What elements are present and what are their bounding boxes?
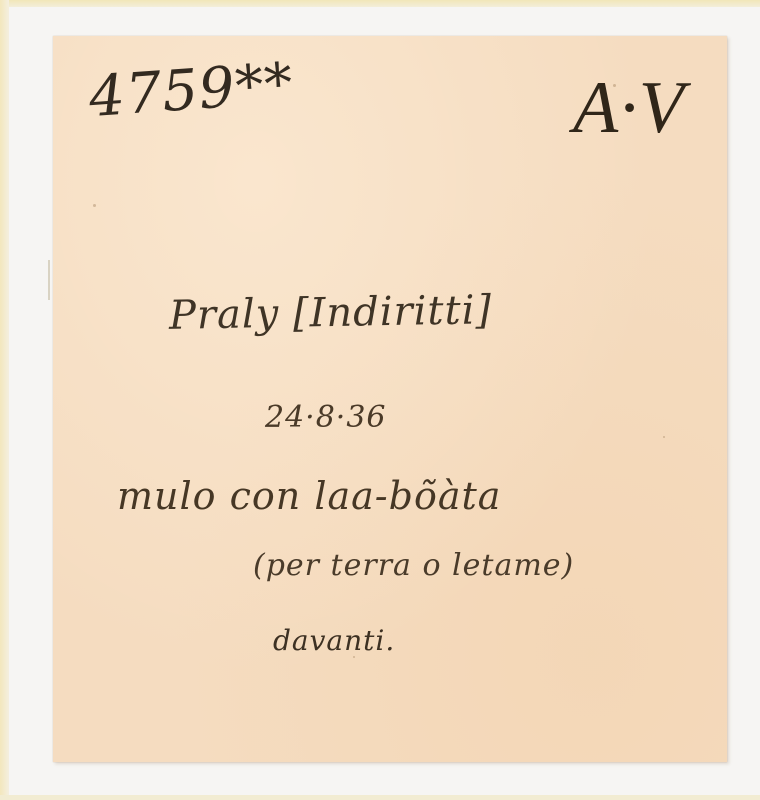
mount-edge-left: [0, 0, 9, 800]
mount-crease: [48, 260, 50, 300]
description-line-1: mulo con laa-bõàta: [117, 474, 501, 518]
description-line-2: (per terra o letame): [253, 548, 574, 583]
specimen-label-card: 4759** A·V Praly [Indiritti] 24·8·36 mul…: [53, 36, 727, 762]
description-line-3: davanti.: [273, 624, 395, 657]
locality-text: Praly [Indiritti]: [169, 287, 493, 339]
catalog-number: 4759**: [87, 51, 296, 130]
collection-date: 24·8·36: [265, 400, 387, 435]
paper-speck: [93, 204, 96, 207]
collector-initials: A·V: [573, 66, 685, 151]
paper-speck: [663, 436, 665, 438]
mount-edge-top: [0, 0, 760, 7]
mount-edge-bottom: [0, 795, 760, 800]
